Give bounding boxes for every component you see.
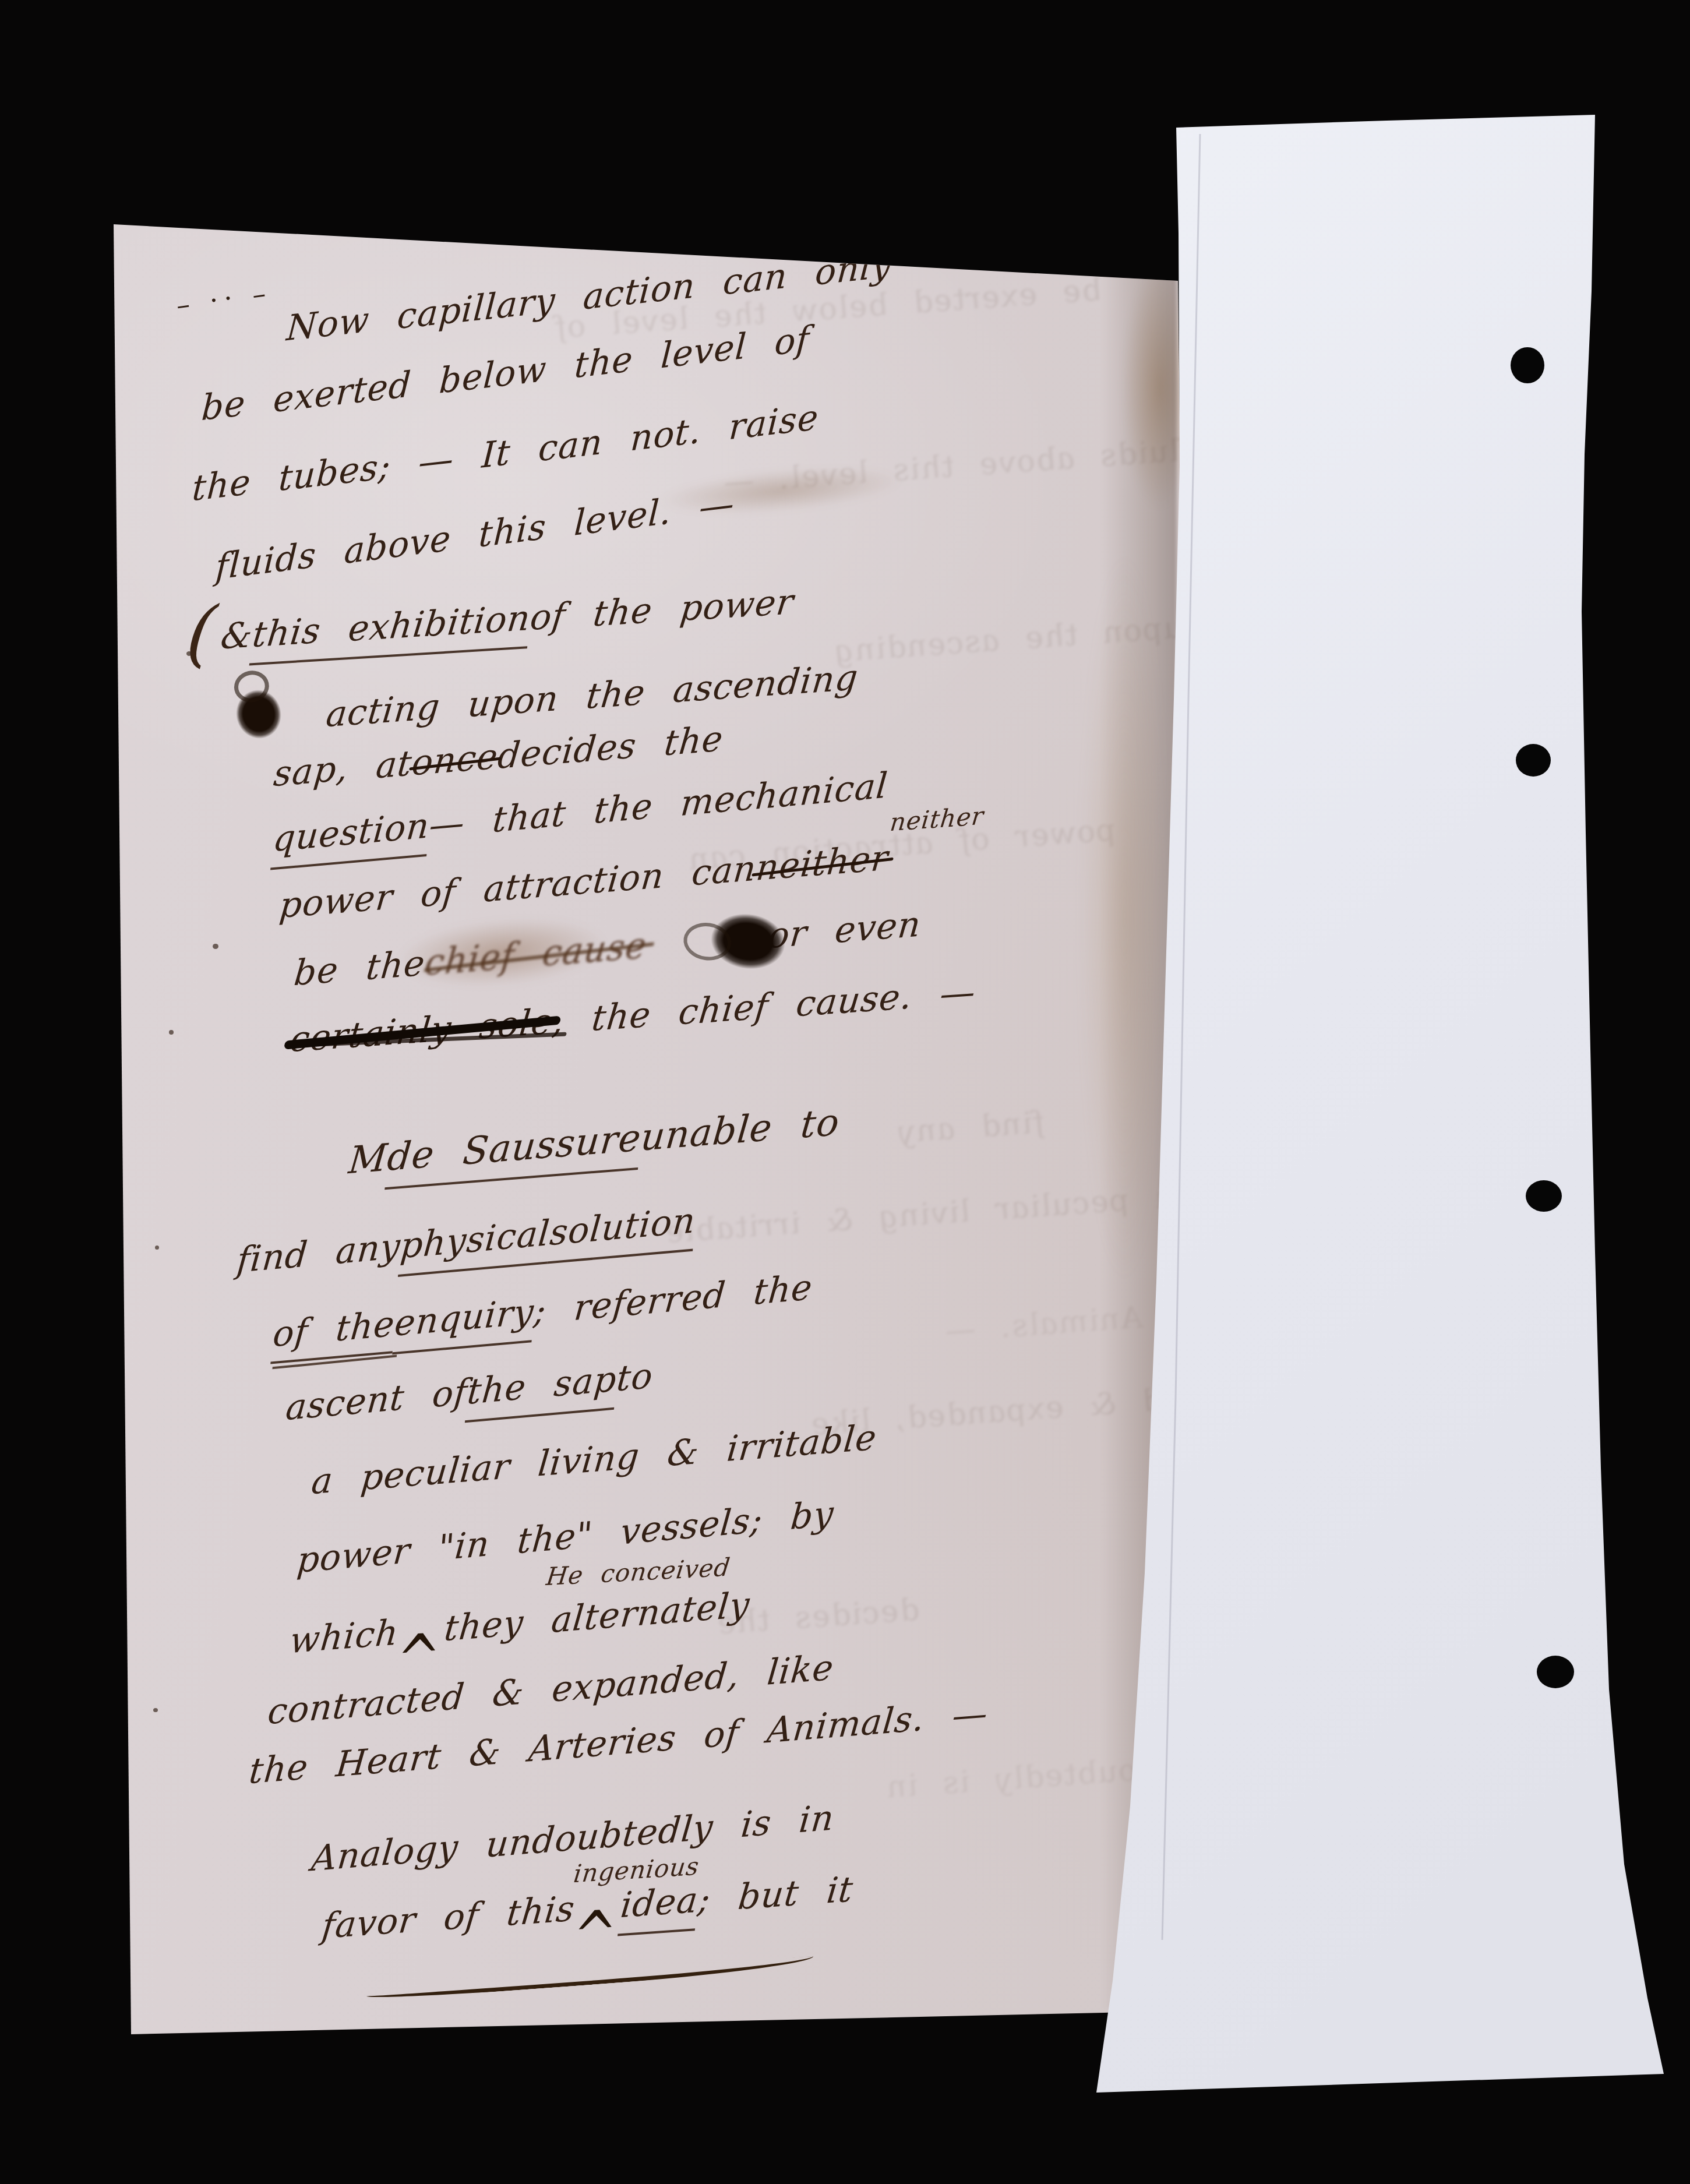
punch-hole xyxy=(1511,347,1544,383)
photo-stage: be exerted below the level of fluids abo… xyxy=(0,0,1690,2184)
punch-hole xyxy=(1526,1180,1562,1212)
punch-hole xyxy=(1537,1656,1574,1688)
punch-hole xyxy=(1516,744,1551,777)
paper-slip xyxy=(0,0,1690,2184)
